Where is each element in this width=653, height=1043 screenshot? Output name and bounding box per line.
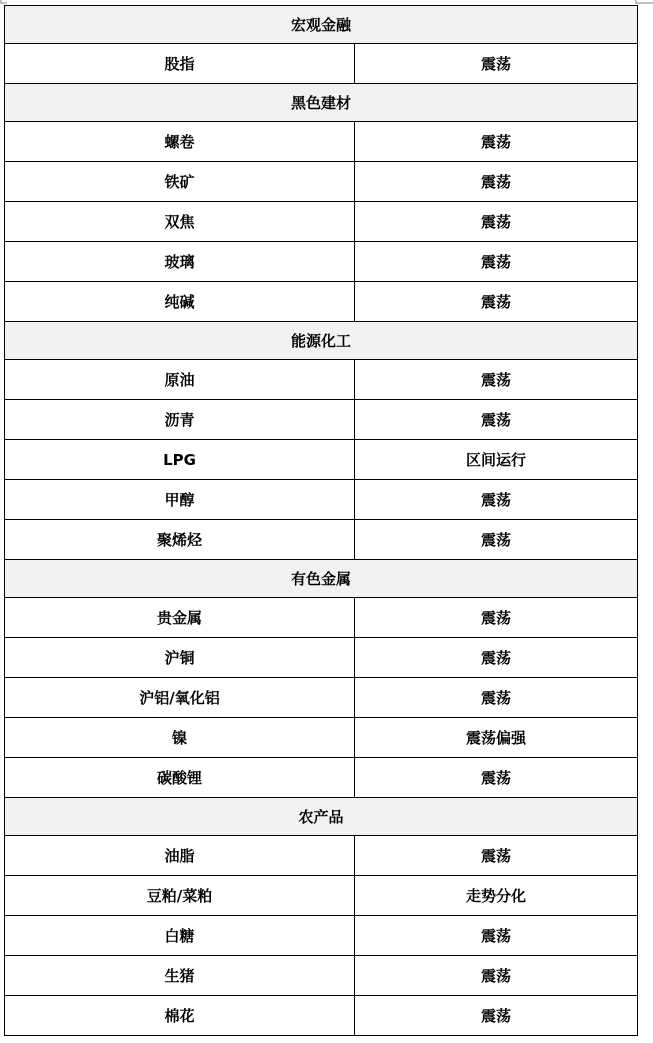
commodity-outlook-table: 宏观金融股指震荡黑色建材螺卷震荡铁矿震荡双焦震荡玻璃震荡纯碱震荡能源化工原油震荡… bbox=[4, 5, 638, 1036]
section-header-row: 黑色建材 bbox=[5, 84, 638, 122]
table-row: 铁矿震荡 bbox=[5, 162, 638, 202]
outlook-cell: 震荡 bbox=[355, 360, 638, 400]
outlook-cell: 震荡 bbox=[355, 678, 638, 718]
product-cell: LPG bbox=[5, 440, 355, 480]
product-cell: 豆粕/菜粕 bbox=[5, 876, 355, 916]
section-header-row: 能源化工 bbox=[5, 322, 638, 360]
section-header: 能源化工 bbox=[5, 322, 638, 360]
table-row: 贵金属震荡 bbox=[5, 598, 638, 638]
product-cell: 生猪 bbox=[5, 956, 355, 996]
product-cell: 原油 bbox=[5, 360, 355, 400]
section-header: 农产品 bbox=[5, 798, 638, 836]
outlook-cell: 震荡 bbox=[355, 44, 638, 84]
table-row: 股指震荡 bbox=[5, 44, 638, 84]
table-row: 螺卷震荡 bbox=[5, 122, 638, 162]
table-row: 聚烯烃震荡 bbox=[5, 520, 638, 560]
product-cell: 甲醇 bbox=[5, 480, 355, 520]
table-row: 油脂震荡 bbox=[5, 836, 638, 876]
outlook-cell: 震荡 bbox=[355, 162, 638, 202]
product-cell: 棉花 bbox=[5, 996, 355, 1036]
table-row: 甲醇震荡 bbox=[5, 480, 638, 520]
product-cell: 油脂 bbox=[5, 836, 355, 876]
product-cell: 白糖 bbox=[5, 916, 355, 956]
table-row: 生猪震荡 bbox=[5, 956, 638, 996]
table-row: 双焦震荡 bbox=[5, 202, 638, 242]
product-cell: 铁矿 bbox=[5, 162, 355, 202]
product-cell: 股指 bbox=[5, 44, 355, 84]
outlook-cell: 震荡 bbox=[355, 122, 638, 162]
outlook-cell: 震荡 bbox=[355, 956, 638, 996]
outlook-cell: 震荡 bbox=[355, 836, 638, 876]
table-row: 原油震荡 bbox=[5, 360, 638, 400]
product-cell: 聚烯烃 bbox=[5, 520, 355, 560]
outlook-cell: 震荡 bbox=[355, 242, 638, 282]
outlook-cell: 震荡 bbox=[355, 282, 638, 322]
outer-border-artifact-top-right bbox=[635, 2, 653, 4]
product-cell: 玻璃 bbox=[5, 242, 355, 282]
table-row: 白糖震荡 bbox=[5, 916, 638, 956]
outlook-cell: 震荡 bbox=[355, 916, 638, 956]
outlook-cell: 震荡 bbox=[355, 638, 638, 678]
table-row: 玻璃震荡 bbox=[5, 242, 638, 282]
outlook-cell: 区间运行 bbox=[355, 440, 638, 480]
table-row: 镍震荡偏强 bbox=[5, 718, 638, 758]
section-header-row: 有色金属 bbox=[5, 560, 638, 598]
section-header-row: 农产品 bbox=[5, 798, 638, 836]
product-cell: 纯碱 bbox=[5, 282, 355, 322]
section-header: 有色金属 bbox=[5, 560, 638, 598]
outer-border-artifact-top-right-vertical bbox=[635, 0, 637, 4]
outlook-cell: 震荡 bbox=[355, 996, 638, 1036]
table-row: 棉花震荡 bbox=[5, 996, 638, 1036]
outlook-cell: 震荡 bbox=[355, 598, 638, 638]
table-row: 沥青震荡 bbox=[5, 400, 638, 440]
section-header: 宏观金融 bbox=[5, 6, 638, 44]
product-cell: 碳酸锂 bbox=[5, 758, 355, 798]
table-row: 沪铜震荡 bbox=[5, 638, 638, 678]
product-cell: 双焦 bbox=[5, 202, 355, 242]
table-row: 豆粕/菜粕走势分化 bbox=[5, 876, 638, 916]
product-cell: 螺卷 bbox=[5, 122, 355, 162]
outlook-cell: 震荡 bbox=[355, 400, 638, 440]
product-cell: 沪铝/氧化铝 bbox=[5, 678, 355, 718]
commodity-outlook-table-body: 宏观金融股指震荡黑色建材螺卷震荡铁矿震荡双焦震荡玻璃震荡纯碱震荡能源化工原油震荡… bbox=[5, 6, 638, 1036]
product-cell: 沥青 bbox=[5, 400, 355, 440]
product-cell: 沪铜 bbox=[5, 638, 355, 678]
outlook-cell: 震荡 bbox=[355, 758, 638, 798]
outlook-cell: 震荡 bbox=[355, 480, 638, 520]
outer-border-artifact-top-left-vertical bbox=[0, 0, 2, 4]
outlook-cell: 震荡偏强 bbox=[355, 718, 638, 758]
product-cell: 镍 bbox=[5, 718, 355, 758]
table-row: LPG区间运行 bbox=[5, 440, 638, 480]
section-header: 黑色建材 bbox=[5, 84, 638, 122]
table-row: 沪铝/氧化铝震荡 bbox=[5, 678, 638, 718]
product-cell: 贵金属 bbox=[5, 598, 355, 638]
table-row: 纯碱震荡 bbox=[5, 282, 638, 322]
table-row: 碳酸锂震荡 bbox=[5, 758, 638, 798]
outlook-cell: 走势分化 bbox=[355, 876, 638, 916]
section-header-row: 宏观金融 bbox=[5, 6, 638, 44]
outlook-cell: 震荡 bbox=[355, 202, 638, 242]
outlook-cell: 震荡 bbox=[355, 520, 638, 560]
